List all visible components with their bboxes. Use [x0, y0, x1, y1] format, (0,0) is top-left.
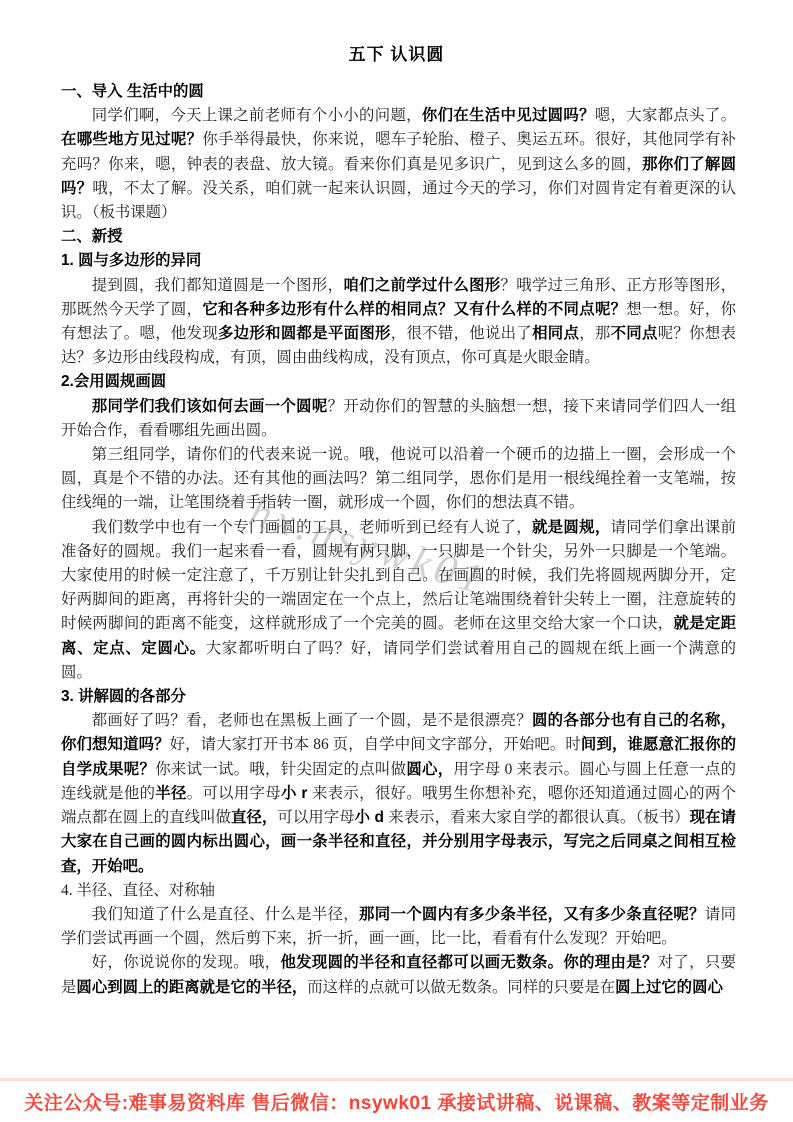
text-run: 3. 讲解圆的各部分	[61, 688, 186, 705]
paragraph: 我们数学中也有一个专门画圆的工具，老师听到已经有人说了，就是圆规，请同学们拿出课…	[61, 516, 736, 685]
document-title: 五下 认识圆	[0, 40, 793, 65]
text-run: 圆心到圆上的距离就是它的半径，	[76, 979, 307, 996]
text-run: 同学们啊，今天上课之前老师有个小小的问题，	[92, 107, 422, 124]
text-run: 2.会用圆规画圆	[61, 373, 166, 390]
text-run: ，很不错，他说出了	[391, 325, 532, 342]
text-run: 1. 圆与多边形的异同	[61, 252, 201, 269]
text-run: 半径	[155, 785, 186, 802]
text-run: 好，请大家打开书本 86 页，自学中间文字部分，开始吧。时	[170, 736, 581, 753]
text-run: 那同学们我们该如何去画一个圆呢	[92, 398, 328, 415]
paragraph: 提到圆，我们都知道圆是一个图形，咱们之前学过什么图形？哦学过三角形、正方形等图形…	[61, 274, 736, 371]
text-run: 4. 半径、直径、对称轴	[61, 882, 215, 899]
paragraph: 好，你说说你的发现。哦，他发现圆的半径和直径都可以画无数条。你的理由是？对了，只…	[61, 951, 736, 999]
text-run: 哦，不太了解。没关系，咱们就一起来认识圆，通过今天的学习，你们对圆肯定有着更深的…	[61, 180, 736, 221]
text-run: 咱们之前学过什么图形	[343, 277, 500, 294]
text-run: 来表示，看来大家自学的都很认真。（板书）	[388, 809, 689, 826]
text-run: 。可以用字母	[187, 785, 281, 802]
promo-footer-text: 关注公众号:难事易资料库 售后微信：nsywk01 承接试讲稿、说课稿、教案等定…	[0, 1088, 793, 1115]
text-run: 嗯，大家都点头了。	[595, 107, 736, 124]
text-run: ，那	[579, 325, 610, 342]
text-run: 而这样的点就可以做无数条。同样的只要是在	[307, 979, 615, 996]
text-run: 提到圆，我们都知道圆是一个图形，	[92, 277, 344, 294]
section-heading: 二、新授	[61, 225, 736, 249]
section-heading: 1. 圆与多边形的异同	[61, 249, 736, 273]
text-run: 不同点	[611, 325, 658, 342]
text-run: 第三组同学，请你们的代表来说一说。哦，他说可以沿着一个硬币的边描上一圈，会形成一…	[61, 446, 736, 511]
text-run: 圆心，	[406, 761, 453, 778]
text-run: 可以用字母	[277, 809, 354, 826]
paragraph: 那同学们我们该如何去画一个圆呢？开动你们的智慧的头脑想一想，接下来请同学们四人一…	[61, 395, 736, 443]
text-run: 小 r	[281, 785, 312, 802]
text-run: 我们知道了什么是直径、什么是半径，	[92, 906, 359, 923]
section-heading: 4. 半径、直径、对称轴	[61, 879, 736, 903]
text-run: 圆上过它的圆心	[615, 979, 723, 996]
text-run: 相同点	[532, 325, 579, 342]
section-heading: 2.会用圆规画圆	[61, 370, 736, 394]
text-run: 它和各种多边形有什么样的相同点？又有什么样的不同点呢？	[202, 301, 626, 318]
paragraph: 都画好了吗？看，老师也在黑板上画了一个圆，是不是很漂亮？圆的各部分也有自己的名称…	[61, 709, 736, 878]
text-run: 一、导入 生活中的圆	[61, 83, 204, 100]
text-run: 你来试一试。哦，针尖固定的点叫做	[155, 761, 406, 778]
section-heading: 一、导入 生活中的圆	[61, 80, 736, 104]
paragraph: 第三组同学，请你们的代表来说一说。哦，他说可以沿着一个硬币的边描上一圈，会形成一…	[61, 443, 736, 516]
text-run: 小 d	[355, 809, 389, 826]
text-run: 直径，	[231, 809, 277, 826]
text-run: 在哪些地方见过呢？	[61, 131, 202, 148]
text-run: 都画好了吗？看，老师也在黑板上画了一个圆，是不是很漂亮？	[92, 712, 532, 729]
footer-divider	[0, 1078, 793, 1081]
section-heading: 3. 讲解圆的各部分	[61, 685, 736, 709]
text-run: 多边形和圆都是平面图形	[218, 325, 391, 342]
text-run: 那同一个圆内有多少条半径，又有多少条直径呢？	[359, 906, 705, 923]
document-body: 一、导入 生活中的圆同学们啊，今天上课之前老师有个小小的问题，你们在生活中见过圆…	[61, 80, 736, 1000]
text-run: 就是圆规，	[532, 519, 611, 536]
document-page: 五下 认识圆 一、导入 生活中的圆同学们啊，今天上课之前老师有个小小的问题，你们…	[0, 0, 793, 1122]
paragraph: 我们知道了什么是直径、什么是半径，那同一个圆内有多少条半径，又有多少条直径呢？请…	[61, 903, 736, 951]
text-run: 二、新授	[61, 228, 123, 245]
text-run: 你们在生活中见过圆吗？	[422, 107, 595, 124]
text-run: 我们数学中也有一个专门画圆的工具，老师听到已经有人说了，	[92, 519, 532, 536]
text-run: 他发现圆的半径和直径都可以画无数条。你的理由是？	[280, 954, 657, 971]
paragraph: 同学们啊，今天上课之前老师有个小小的问题，你们在生活中见过圆吗？嗯，大家都点头了…	[61, 104, 736, 225]
text-run: 好，你说说你的发现。哦，	[92, 954, 281, 971]
